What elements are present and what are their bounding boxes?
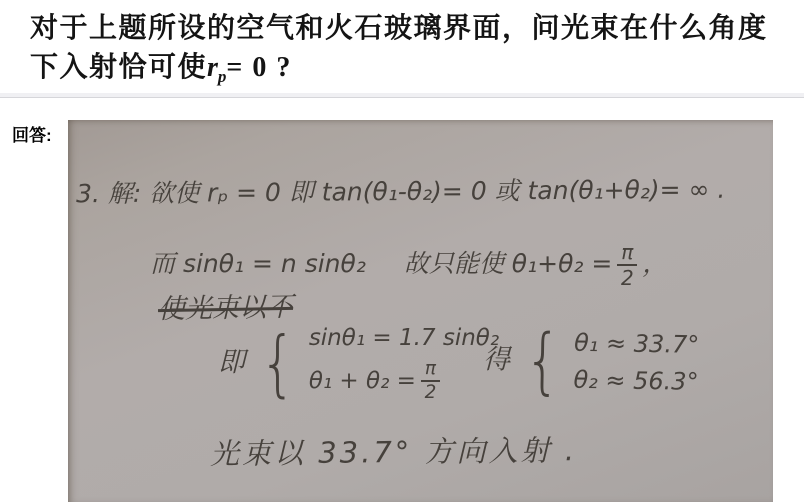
problem-line-2-text: 下入射恰可使 [30,52,207,83]
fraction-numerator: π [617,242,637,266]
section-divider [0,93,804,98]
fraction-denominator: 2 [617,266,637,288]
handwriting-conclusion: 光束以 33.7° 方向入射 . [210,432,577,472]
handwriting-line-2-left: 而 sinθ₁ = n sinθ₂ [150,249,366,278]
system-2-row-2: θ₂ ≈ 56.3° [573,365,699,397]
handwriting-line-2-comma: ， [642,249,667,278]
system-2-rows: θ₁ ≈ 33.7° θ₂ ≈ 56.3° [573,328,699,397]
equation-system-2: 得 { θ₁ ≈ 33.7° θ₂ ≈ 56.3° [482,326,699,397]
handwriting-line-1: 3. 解: 欲使 rₚ = 0 即 tan(θ₁-θ₂)= 0 或 tan(θ₁… [76,174,725,210]
handwriting-line-2-right: 故只能使 θ₁+θ₂ = [404,249,612,278]
system-1-rows: sinθ₁ = 1.7 sinθ₂ θ₁ + θ₂ =π2 [309,324,499,403]
fraction-numerator: π [421,360,440,382]
math-var-r: r [207,52,218,83]
page: 对于上题所设的空气和火石玻璃界面，问光束在什么角度 下入射恰可使rp= 0 ? … [0,0,804,502]
equation-system-1: 即 { sinθ₁ = 1.7 sinθ₂ θ₁ + θ₂ =π2 [218,324,499,403]
system-1-label: 即 [218,346,245,380]
system-2-row-1: θ₁ ≈ 33.7° [574,328,700,360]
problem-line-2-equals: = 0 ? [226,52,291,83]
answer-label: 回答: [12,121,52,146]
handwriting-line-2: 而 sinθ₁ = n sinθ₂故只能使 θ₁+θ₂ =π2， [150,242,667,288]
fraction-denominator: 2 [421,382,440,402]
system-2-label: 得 [483,343,511,377]
system-2-brace: { [524,330,562,392]
problem-line-1: 对于上题所设的空气和火石玻璃界面，问光束在什么角度 [30,6,768,46]
handwritten-answer-photo: 3. 解: 欲使 rₚ = 0 即 tan(θ₁-θ₂)= 0 或 tan(θ₁… [68,120,773,502]
system-1-brace: { [260,333,297,394]
fraction-pi-over-2: π2 [421,360,440,403]
fraction-pi-over-2: π2 [617,242,637,288]
system-1-row-2-text: θ₁ + θ₂ = [309,368,416,394]
system-1-row-2: θ₁ + θ₂ =π2 [309,360,499,403]
problem-line-2: 下入射恰可使rp= 0 ? [30,45,292,87]
system-1-row-1: sinθ₁ = 1.7 sinθ₂ [309,324,499,353]
